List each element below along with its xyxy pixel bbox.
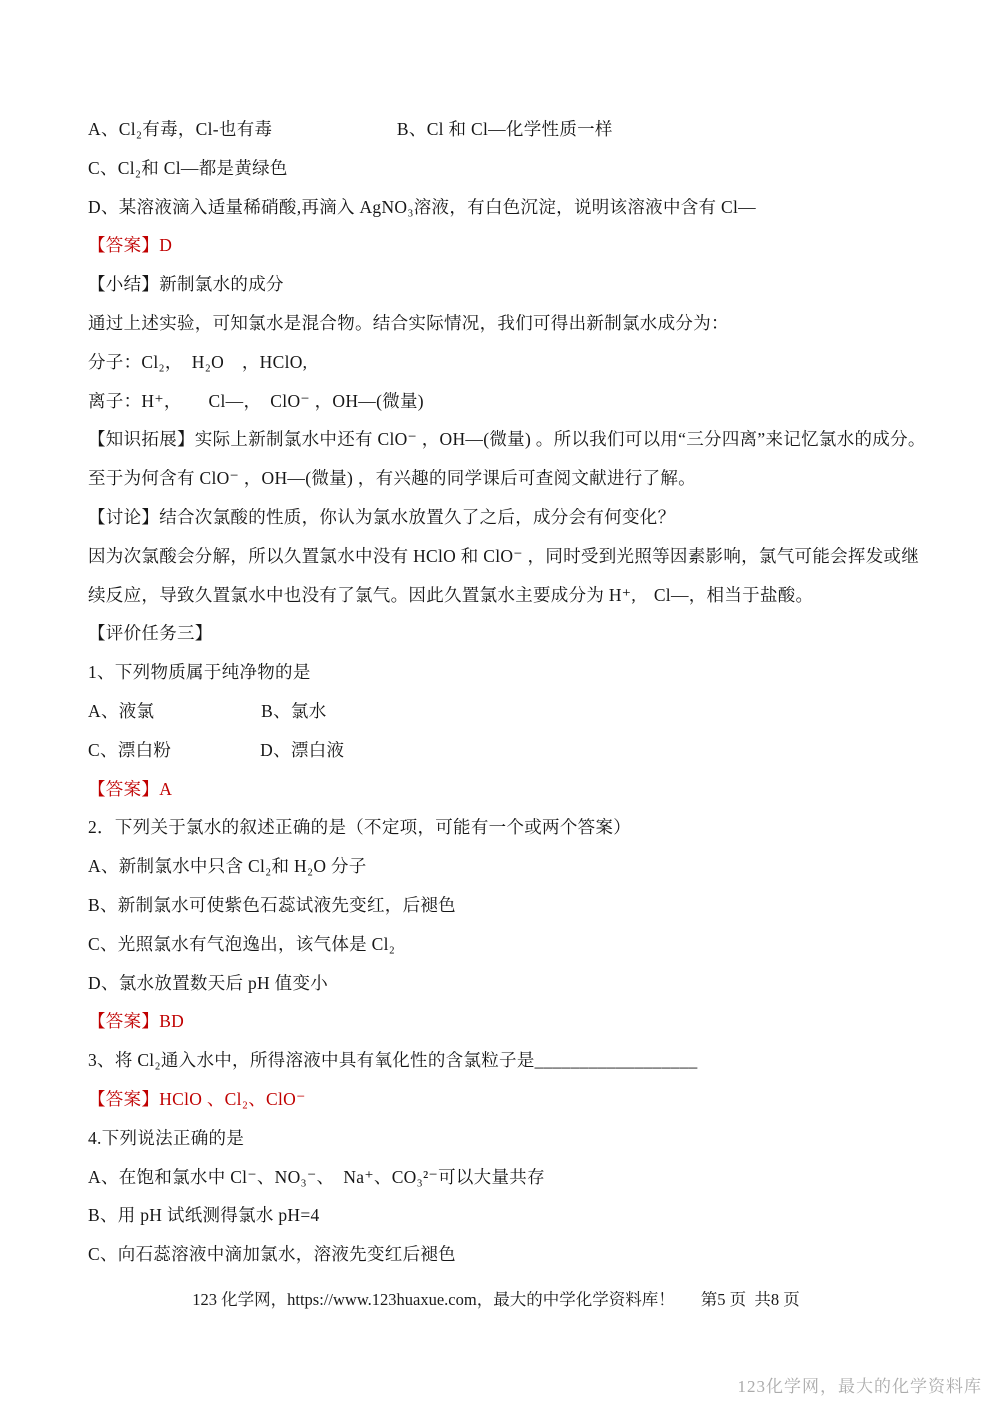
q2-option-b: B、新制氯水可使紫色石蕊试液先变红，后褪色 (88, 886, 952, 925)
document-page: A、Cl₂有毒，Cl-也有毒 B、Cl 和 Cl—化学性质一样C、Cl₂和 Cl… (0, 0, 992, 1403)
q3-stem: 3、将 Cl₂通入水中，所得溶液中具有氧化性的含氯粒子是____________… (88, 1041, 952, 1080)
q2-option-d: D、氯水放置数天后 pH 值变小 (88, 964, 952, 1003)
q4-stem: 4.下列说法正确的是 (88, 1119, 952, 1158)
q2-option-c: C、光照氯水有气泡逸出，该气体是 Cl₂ (88, 925, 952, 964)
q1-option-ab: A、液氯 B、氯水 (88, 692, 952, 731)
q4-option-c: C、向石蕊溶液中滴加氯水，溶液先变红后褪色 (88, 1235, 952, 1274)
q4-option-b: B、用 pH 试纸测得氯水 pH=4 (88, 1196, 952, 1235)
footer-page-number: 第5 页 共8 页 (701, 1290, 800, 1309)
knowledge-expand-line-2: 至于为何含有 ClO⁻ ，OH—(微量) ，有兴趣的同学课后可查阅文献进行了解。 (88, 459, 952, 498)
watermark-text: 123化学网，最大的化学资料库 (738, 1372, 983, 1397)
prev-question-option-d: D、某溶液滴入适量稀硝酸,再滴入 AgNO₃溶液，有白色沉淀，说明该溶液中含有 … (88, 188, 952, 227)
molecules-line: 分子：Cl₂， H₂O ，HClO, (88, 343, 952, 382)
task-heading: 【评价任务三】 (88, 614, 952, 653)
q2-stem: 2．下列关于氯水的叙述正确的是（不定项，可能有一个或两个答案） (88, 808, 952, 847)
prev-question-option-c: C、Cl₂和 Cl—都是黄绿色 (88, 149, 952, 188)
discussion-text-line-1: 因为次氯酸会分解，所以久置氯水中没有 HClO 和 ClO⁻ ，同时受到光照等因… (88, 537, 952, 576)
answer-q2: 【答案】BD (88, 1002, 952, 1041)
ions-line: 离子：H⁺， Cl—， ClO⁻ ，OH—(微量) (88, 382, 952, 421)
discussion-heading: 【讨论】结合次氯酸的性质，你认为氯水放置久了之后，成分会有何变化？ (88, 498, 952, 537)
page-footer: 123 化学网，https://www.123huaxue.com，最大的中学化… (0, 1286, 992, 1310)
discussion-text-line-2: 续反应，导致久置氯水中也没有了氯气。因此久置氯水主要成分为 H⁺, Cl—，相当… (88, 576, 952, 615)
q1-option-cd: C、漂白粉 D、漂白液 (88, 731, 952, 770)
document-body: A、Cl₂有毒，Cl-也有毒 B、Cl 和 Cl—化学性质一样C、Cl₂和 Cl… (0, 0, 992, 1274)
footer-site-text: 123 化学网，https://www.123huaxue.com，最大的中学化… (192, 1290, 674, 1309)
q4-option-a: A、在饱和氯水中 Cl⁻、NO₃⁻、 Na⁺、CO₃²⁻可以大量共存 (88, 1158, 952, 1197)
prev-question-option-ab: A、Cl₂有毒，Cl-也有毒 B、Cl 和 Cl—化学性质一样 (88, 110, 952, 149)
answer-prev-question: 【答案】D (88, 226, 952, 265)
summary-intro: 通过上述实验，可知氯水是混合物。结合实际情况，我们可得出新制氯水成分为： (88, 304, 952, 343)
answer-q3: 【答案】HClO 、Cl₂、ClO⁻ (88, 1080, 952, 1119)
summary-heading: 【小结】新制氯水的成分 (88, 265, 952, 304)
q1-stem: 1、下列物质属于纯净物的是 (88, 653, 952, 692)
knowledge-expand-line-1: 【知识拓展】实际上新制氯水中还有 ClO⁻ ，OH—(微量) 。所以我们可以用“… (88, 420, 952, 459)
q2-option-a: A、新制氯水中只含 Cl₂和 H₂O 分子 (88, 847, 952, 886)
answer-q1: 【答案】A (88, 770, 952, 809)
